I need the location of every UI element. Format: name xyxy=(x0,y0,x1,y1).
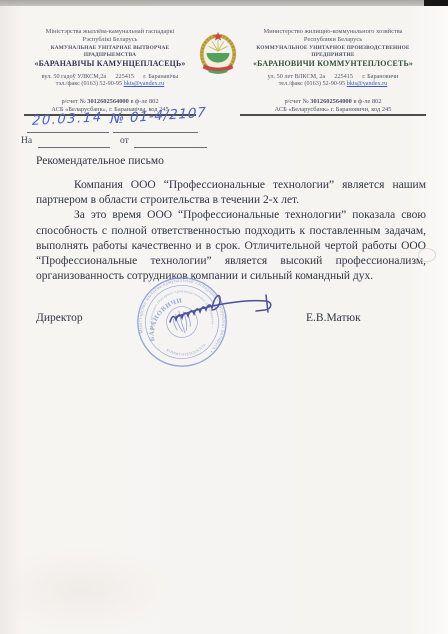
date-blank-line xyxy=(27,132,109,133)
account-prefix: р/счет № xyxy=(61,98,85,105)
ministry-line: Міністэрства жыллёва-камунальнай гаспада… xyxy=(24,28,196,36)
signer-role: Директор xyxy=(36,312,83,324)
letterhead-right: Министерство жилищно-коммунального хозяй… xyxy=(240,28,426,116)
signature-scribble xyxy=(166,290,278,336)
belarus-emblem-icon xyxy=(196,28,240,78)
email-link: bkts@yandex.ru xyxy=(124,80,165,87)
number-blank-line xyxy=(113,132,198,133)
coat-of-arms-emblem xyxy=(196,28,240,116)
account-number: 3012602564000 xyxy=(310,98,352,105)
from-blank-line xyxy=(134,147,207,148)
scan-artifact xyxy=(418,248,436,262)
phone-line: тэл./факс (0163) 52-90-95 bkts@yandex.ru xyxy=(24,80,196,88)
signer-name: Е.В.Матюк xyxy=(306,312,361,324)
scanned-letter-page: Міністэрства жыллёва-камунальнай гаспада… xyxy=(0,0,448,634)
account-number: 3012602564000 xyxy=(87,98,129,105)
account-line: р/счет № 3012602564000 в ф-ле 802 xyxy=(24,98,196,106)
paragraph: Компания ООО “Профессиональные технологи… xyxy=(36,178,426,208)
email-link: bkts@yandex.ru xyxy=(347,80,388,87)
org-type-line: КОММУНАЛЬНОЕ УНИТАРНОЕ ПРОИЗВОДСТВЕННОЕ … xyxy=(240,45,426,59)
phone-line: тел./факс (0163) 52-90-95 bkts@yandex.ru xyxy=(240,80,426,88)
account-line: р/счет № 3012602564000 в ф-ле 802 xyxy=(240,98,426,106)
account-suffix: в ф-ле 802 xyxy=(130,98,158,105)
phone-number: тел./факс (0163) 52-90-95 xyxy=(279,80,345,87)
address-line: ул. 50 лет ВЛКСМ, 2а 225415 г. Баранович… xyxy=(240,73,426,81)
on-label: На xyxy=(21,136,32,146)
paragraph: За это время ООО “Профессиональные техно… xyxy=(36,208,426,284)
account-prefix: р/счет № xyxy=(284,98,308,105)
account-suffix: в ф-ле 802 xyxy=(353,98,381,105)
ministry-line: Республики Беларусь xyxy=(240,36,426,44)
org-name: «БАРАНОВИЧИ КОММУНТЕПЛОСЕТЬ» xyxy=(240,59,426,69)
ministry-line: Министерство жилищно-коммунального хозяй… xyxy=(240,28,426,36)
letter-title: Рекомендательное письмо xyxy=(36,155,164,167)
bank-line: АСБ «Беларусбанк» г. Барановичи, код 245 xyxy=(240,106,426,114)
handwritten-date: 20.03.14 xyxy=(32,110,103,129)
address-line: вул. 50 гадоў УЛКСМ,2а 225415 г. Баранав… xyxy=(24,73,196,81)
from-label: от xyxy=(120,136,129,146)
letterhead: Міністэрства жыллёва-камунальнай гаспада… xyxy=(24,28,426,116)
org-type-line: КАМУНАЛЬНАЕ УНІТАРНАЕ ВЫТВОРЧАЕ ПРАДПРЫЕ… xyxy=(24,45,196,59)
on-blank-line xyxy=(38,147,110,148)
letter-paper: Міністэрства жыллёва-камунальнай гаспада… xyxy=(0,6,448,634)
ministry-line: Рэспублікі Беларусь xyxy=(24,36,196,44)
letter-body: Компания ООО “Профессиональные технологи… xyxy=(36,178,426,284)
org-name: «БАРАНАВІЧЫ КАМУНЦЕПЛАСЕЦЬ» xyxy=(24,59,196,69)
letterhead-left: Міністэрства жыллёва-камунальнай гаспада… xyxy=(24,28,196,116)
phone-number: тэл./факс (0163) 52-90-95 xyxy=(56,80,122,87)
